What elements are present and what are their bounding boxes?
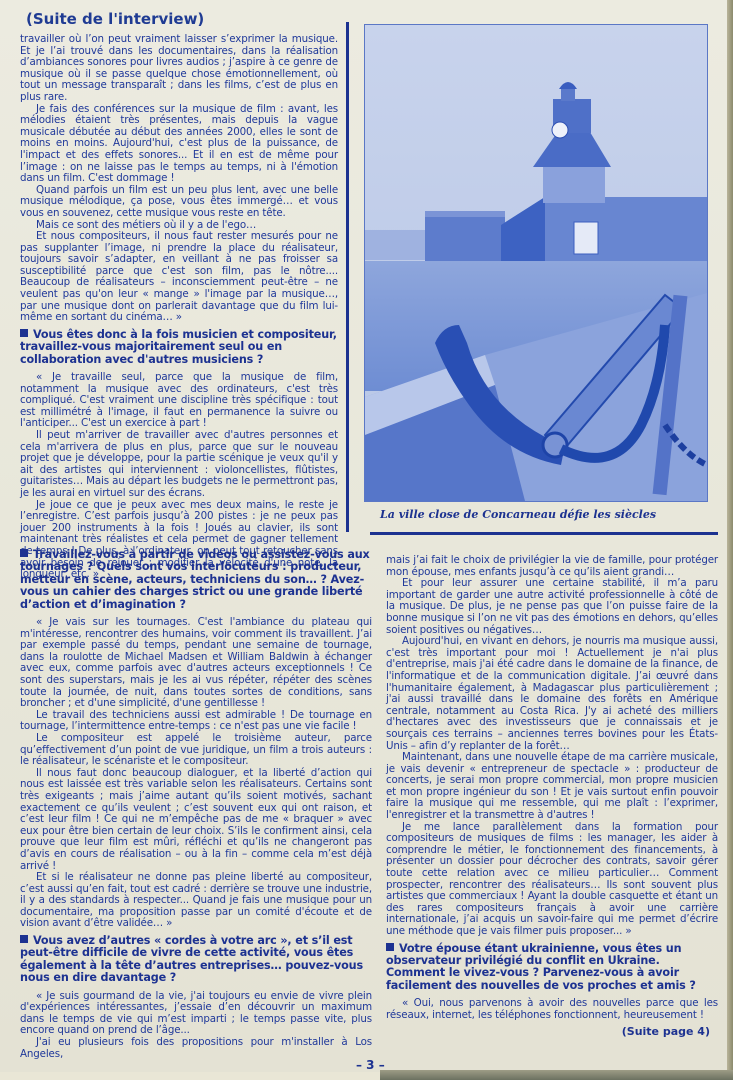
paragraph: Le compositeur est appelé le troisième a… bbox=[20, 733, 372, 768]
magazine-page: (Suite de l'interview) travailler où l’o… bbox=[0, 0, 728, 1072]
paragraph: Le travail des techniciens aussi est adm… bbox=[20, 710, 372, 733]
square-bullet-icon bbox=[20, 935, 28, 943]
paragraph: Il nous faut donc beaucoup dialoguer, et… bbox=[20, 768, 372, 872]
paragraph: Et pour leur assurer une certaine stabil… bbox=[386, 578, 718, 636]
paragraph: Et nous compositeurs, il nous faut reste… bbox=[20, 231, 338, 324]
photo-concarneau bbox=[364, 24, 708, 502]
interview-question: Vous êtes donc à la fois musicien et com… bbox=[20, 329, 338, 366]
column-c: mais j’ai fait le choix de privilégier l… bbox=[386, 555, 718, 1021]
horizontal-rule bbox=[370, 532, 718, 535]
interview-question: Vous avez d’autres « cordes à votre arc … bbox=[20, 935, 372, 985]
paragraph: mais j’ai fait le choix de privilégier l… bbox=[386, 555, 718, 578]
paragraph: Quand parfois un film est un peu plus le… bbox=[20, 185, 338, 220]
vertical-rule bbox=[346, 22, 349, 532]
photo-caption: La ville close de Concarneau défie les s… bbox=[380, 508, 656, 521]
square-bullet-icon bbox=[20, 329, 28, 337]
paragraph: Je me lance parallèlement dans la format… bbox=[386, 822, 718, 938]
square-bullet-icon bbox=[386, 943, 394, 951]
column-b: Travaillez-vous à partir de vidéos ou as… bbox=[20, 544, 372, 1060]
interview-question: Travaillez-vous à partir de vidéos ou as… bbox=[20, 549, 372, 611]
column-a: travailler où l’on peut vraiment laisser… bbox=[20, 34, 338, 581]
clock-tower-anchor-image bbox=[365, 25, 707, 501]
paragraph: « Je vais sur les tournages. C'est l'amb… bbox=[20, 617, 372, 710]
paragraph: J'ai eu plusieurs fois des propositions … bbox=[20, 1037, 372, 1060]
page-edge-shadow bbox=[727, 0, 733, 1080]
paragraph: Il peut m'arriver de travailler avec d'a… bbox=[20, 430, 338, 500]
background-surface bbox=[380, 1070, 733, 1080]
interview-question: Votre épouse étant ukrainienne, vous ête… bbox=[386, 943, 718, 993]
paragraph: « Je travaille seul, parce que la musiqu… bbox=[20, 372, 338, 430]
paragraph: Je fais des conférences sur la musique d… bbox=[20, 104, 338, 185]
section-header: (Suite de l'interview) bbox=[26, 10, 204, 28]
paragraph: Et si le réalisateur ne donne pas pleine… bbox=[20, 872, 372, 930]
paragraph: « Oui, nous parvenons à avoir des nouvel… bbox=[386, 998, 718, 1021]
paragraph: Aujourd'hui, en vivant en dehors, je nou… bbox=[386, 636, 718, 752]
paragraph: Maintenant, dans une nouvelle étape de m… bbox=[386, 752, 718, 822]
square-bullet-icon bbox=[20, 549, 28, 557]
paragraph: « Je suis gourmand de la vie, j'ai toujo… bbox=[20, 991, 372, 1037]
continued-on-page-4: (Suite page 4) bbox=[622, 1025, 710, 1038]
paragraph: travailler où l’on peut vraiment laisser… bbox=[20, 34, 338, 104]
